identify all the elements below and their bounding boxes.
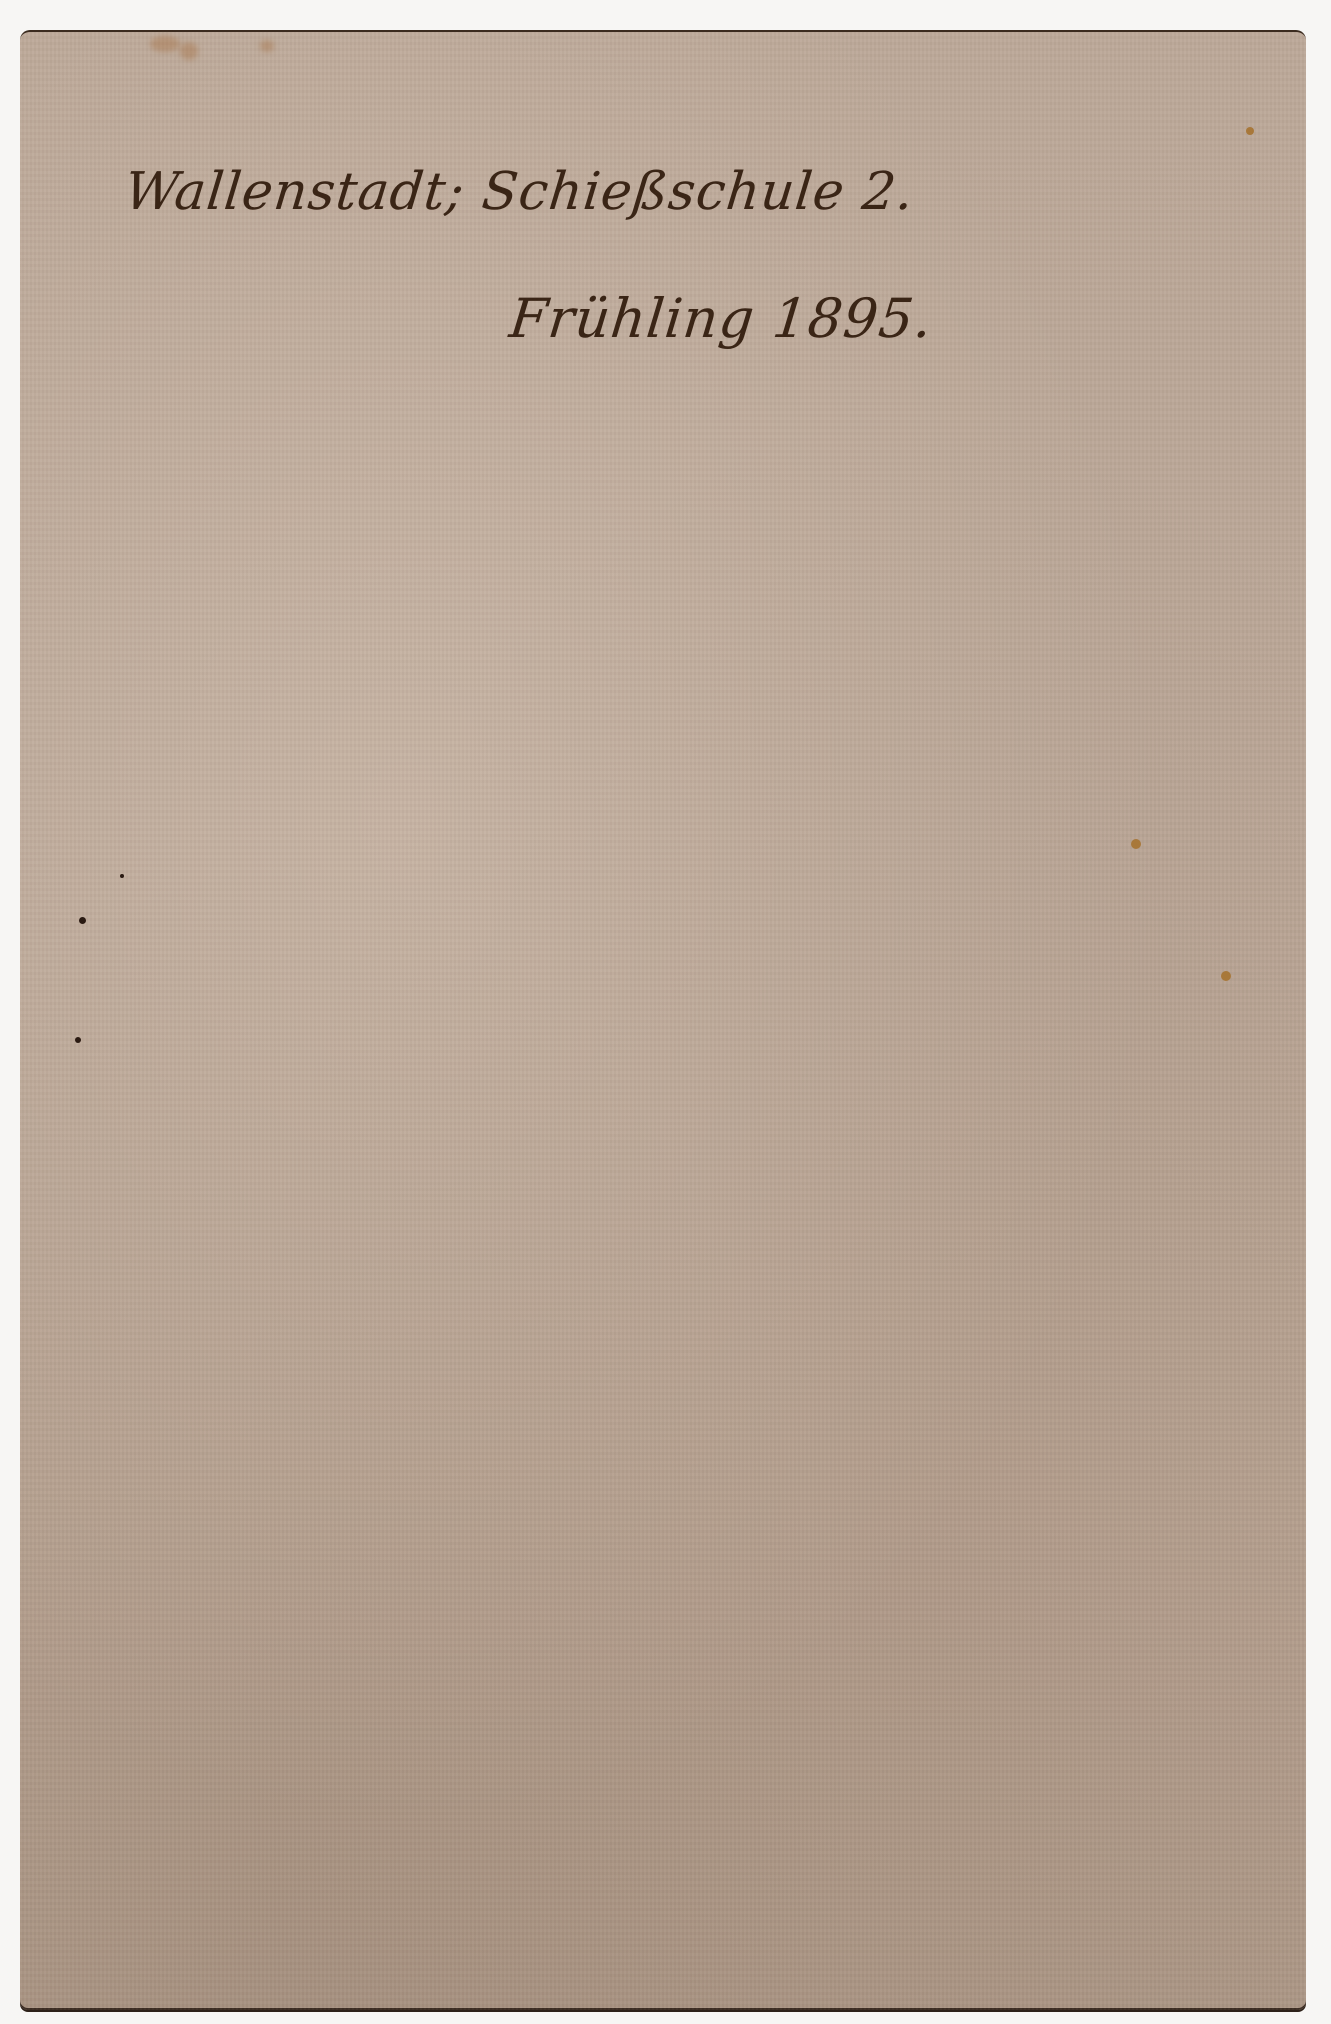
foxing-stain: [260, 40, 274, 52]
spot-mark: [79, 917, 86, 924]
spot-mark: [75, 1037, 81, 1043]
spot-mark: [1131, 839, 1141, 849]
foxing-stain: [150, 36, 180, 52]
spot-mark: [120, 874, 124, 878]
cabinet-card-back: Wallenstadt; Schießschule 2. Frühling 18…: [20, 30, 1306, 2010]
inscription-date: Frühling 1895.: [507, 287, 936, 350]
inscription-location: Wallenstadt; Schießschule 2.: [122, 162, 917, 222]
foxing-stain: [180, 42, 198, 60]
spot-mark: [1246, 127, 1254, 135]
